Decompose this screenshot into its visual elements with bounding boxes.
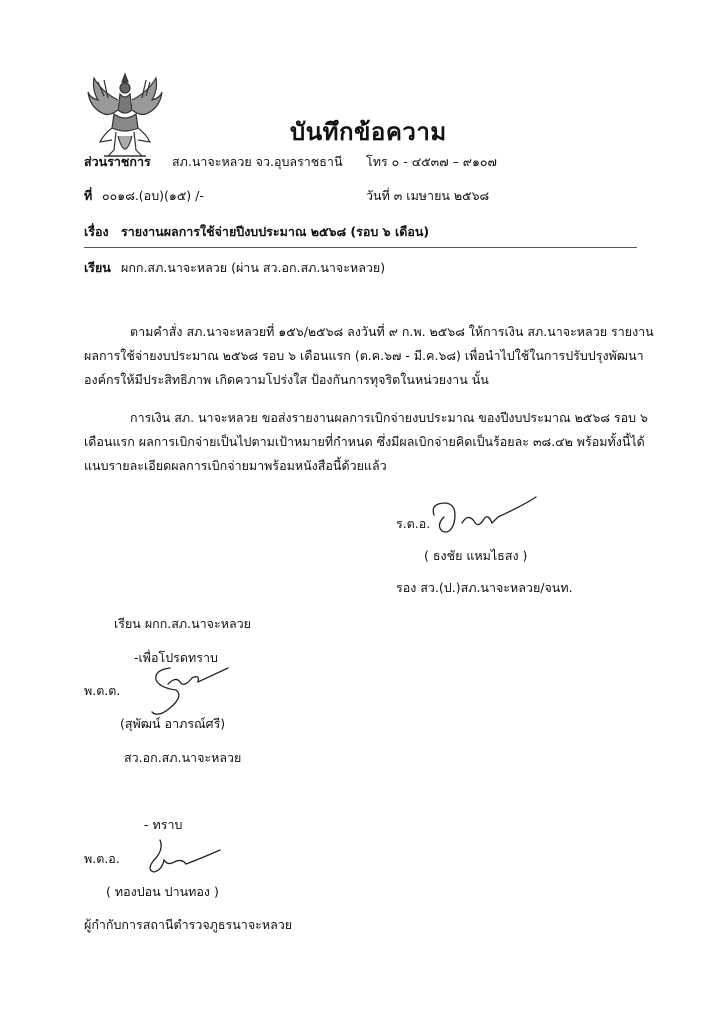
subject-label: เรื่อง	[84, 224, 109, 240]
endorsement-2-name: ( ทองปอน ปานทอง )	[106, 884, 219, 900]
endorsement-1-name: (สุพัฒน์ อาภรณ์ศรี)	[120, 716, 225, 732]
endorsement-2-rank: พ.ต.อ.	[84, 851, 120, 867]
signer-1-name: ( ธงชัย แหมไธสง )	[424, 548, 527, 564]
signer-1-rank: ร.ต.อ.	[396, 516, 430, 532]
body-paragraph-2-text: การเงิน สภ. นาจะหลวย ขอส่งรายงานผลการเบิ…	[84, 410, 648, 473]
reference-label: ที่	[84, 188, 92, 204]
signature-1-icon	[428, 495, 538, 540]
endorsement-1-rank: พ.ต.ต.	[84, 683, 120, 699]
endorsement-1-position: สว.อก.สภ.นาจะหลวย	[124, 750, 241, 766]
signer-1-position: รอง สว.(ป.)สภ.นาจะหลวย/จนท.	[396, 580, 573, 596]
department-value: สภ.นาจะหลวย จว.อุบลราชธานี	[172, 154, 343, 170]
subject-value: รายงานผลการใช้จ่ายปีงบประมาณ ๒๕๖๘ (รอบ ๖…	[121, 224, 429, 240]
recipient-value: ผกก.สภ.นาจะหลวย (ผ่าน สว.อก.สภ.นาจะหลวย)	[121, 260, 385, 276]
document-title: บันทึกข้อความ	[290, 112, 447, 151]
endorsement-1-to: เรียน ผกก.สภ.นาจะหลวย	[114, 616, 251, 632]
recipient-label: เรียน	[84, 260, 111, 276]
garuda-emblem-icon	[84, 70, 166, 166]
endorsement-2-position: ผู้กำกับการสถานีตำรวจภูธรนาจะหลวย	[84, 917, 292, 933]
signature-3-icon	[142, 838, 222, 878]
phone-number: โทร ๐ - ๔๕๓๗ – ๙๑๐๗	[366, 154, 497, 170]
endorsement-2-note: - ทราบ	[144, 817, 182, 833]
body-paragraph-1-text: ตามคำสั่ง สภ.นาจะหลวยที่ ๑๕๖/๒๕๖๘ ลงวันท…	[84, 324, 654, 387]
department-label: ส่วนราชการ	[84, 154, 151, 170]
document-date: วันที่ ๓ เมษายน ๒๕๖๘	[366, 188, 489, 204]
reference-value: ๐๐๑๘.(อบ)(๑๕) /-	[102, 188, 204, 204]
body-paragraph-1: ตามคำสั่ง สภ.นาจะหลวยที่ ๑๕๖/๒๕๖๘ ลงวันท…	[84, 320, 654, 392]
body-paragraph-2: การเงิน สภ. นาจะหลวย ขอส่งรายงานผลการเบิ…	[84, 406, 654, 478]
header-divider	[84, 247, 637, 248]
signature-2-icon	[140, 662, 230, 722]
